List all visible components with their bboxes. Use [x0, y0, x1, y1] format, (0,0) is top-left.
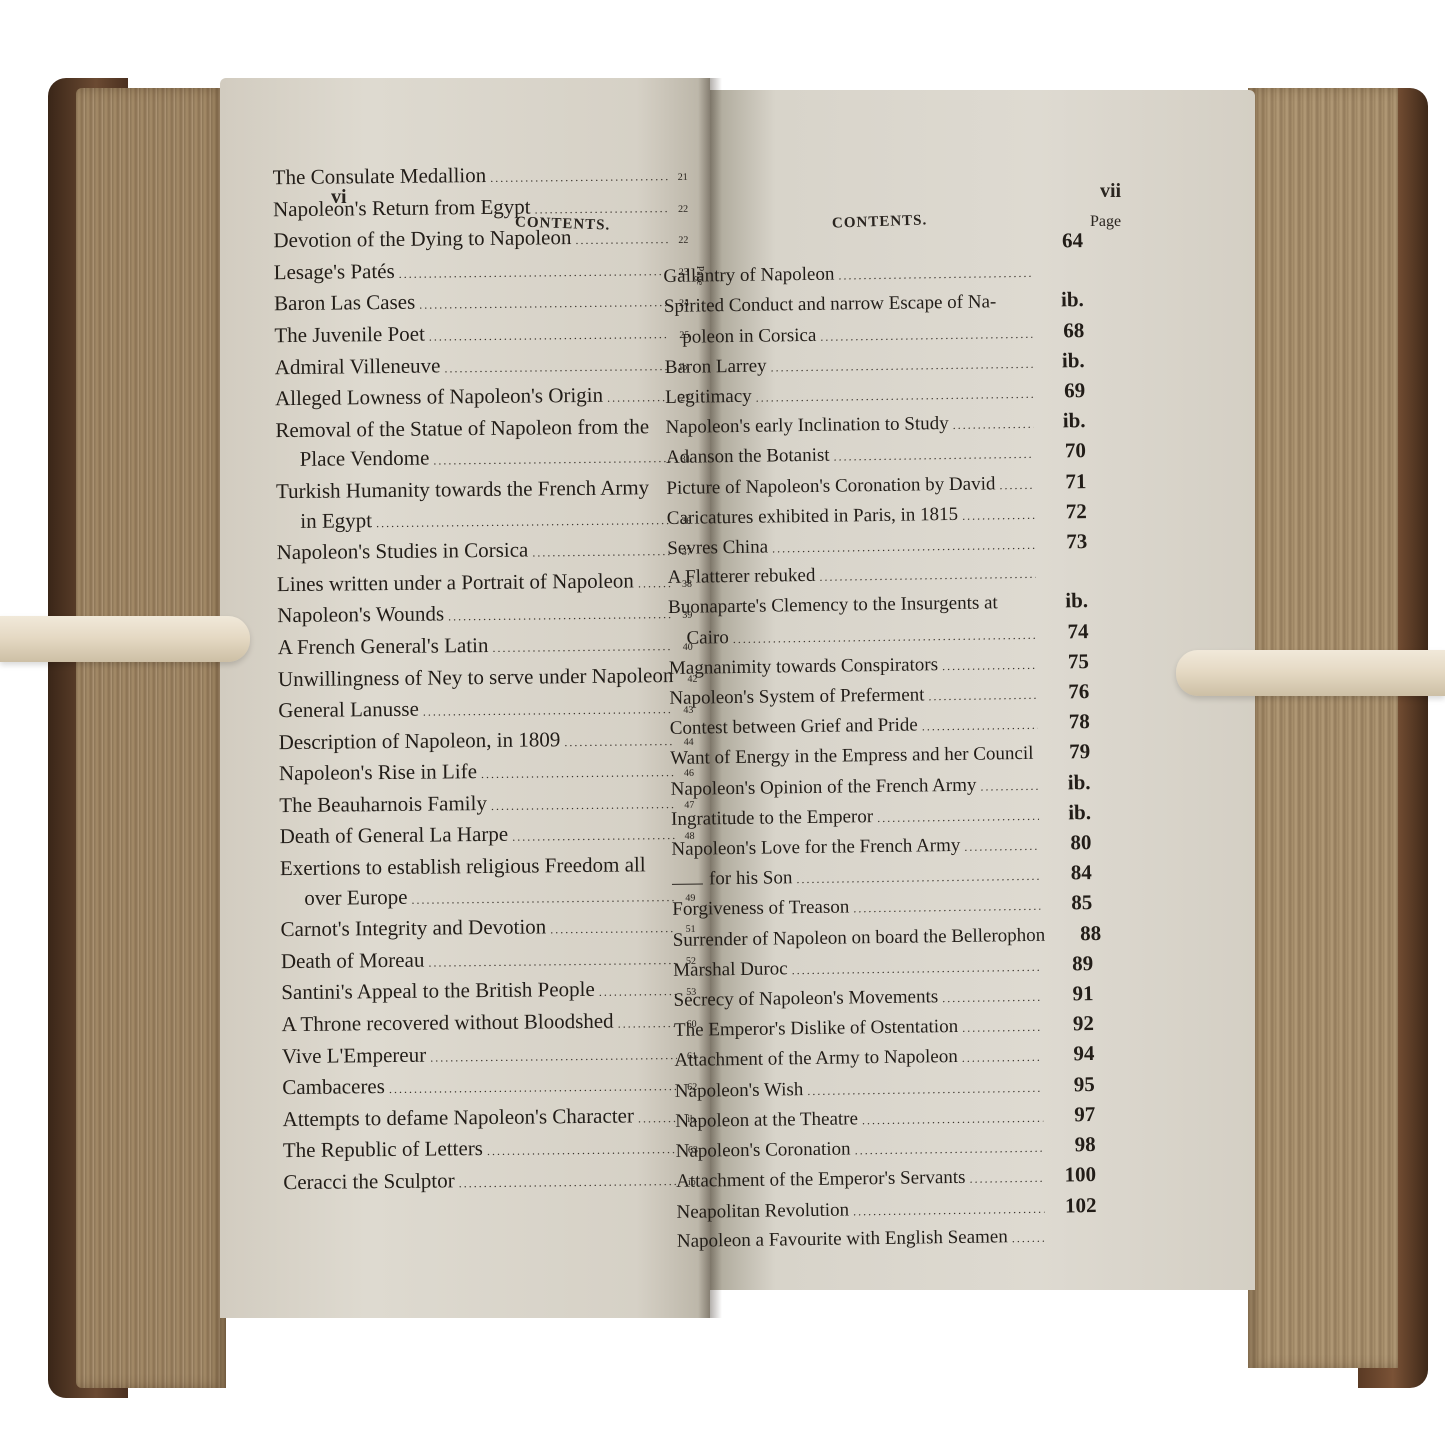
leader-dots [833, 441, 1034, 471]
toc-entry: Napoleon's Coronation98 [675, 1131, 1095, 1167]
toc-entry: Lesage's Patés23 [274, 255, 689, 291]
leader-dots [772, 532, 1036, 563]
leader-dots [922, 712, 1038, 741]
toc-entry: Adanson the Botanist70 [666, 438, 1086, 474]
toc-entry: Napoleon's Rise in Life46 [279, 756, 694, 792]
leader-dots [512, 822, 675, 850]
toc-entry: Forgiveness of Treason85 [672, 890, 1092, 926]
leader-dots [1012, 1224, 1046, 1252]
bookstand-peg-right [1176, 650, 1445, 696]
toc-entry: Napoleon a Favourite with English Seamen [677, 1222, 1097, 1257]
leader-dots [807, 1074, 1043, 1104]
toc-entry: The Emperor's Dislike of Ostentation92 [674, 1010, 1094, 1046]
leader-dots [862, 1105, 1044, 1135]
leader-dots [532, 538, 672, 566]
leader-dots [389, 1073, 678, 1103]
leader-dots [770, 351, 1033, 382]
toc-entry: Magnanimity towards Conspirators75 [669, 648, 1089, 684]
right-page-column-label: Page [1090, 213, 1121, 231]
toc-entry: A French General's Latin40 [278, 630, 693, 666]
leader-dots [952, 411, 1033, 439]
page-edges-left [76, 88, 226, 1388]
leader-dots [853, 893, 1040, 923]
leader-dots [733, 621, 1037, 652]
leader-dots [969, 1165, 1044, 1193]
toc-entry: Cambaceres62 [282, 1070, 697, 1106]
toc-entry: Santini's Appeal to the British People53 [281, 975, 696, 1011]
toc-entry: Napoleon's early Inclination to Studyib. [665, 407, 1085, 443]
leader-dots [638, 1105, 678, 1132]
toc-entry: Napoleon's System of Preferment76 [669, 678, 1089, 714]
right-folio: vii [1100, 180, 1121, 203]
toc-entry: Death of General La Harpe48 [279, 819, 694, 855]
leader-dots [820, 320, 1032, 350]
leader-dots [962, 1014, 1042, 1042]
leader-dots [838, 260, 1031, 290]
toc-entry: Exertions to establish religious Freedom… [280, 851, 695, 885]
leader-dots [487, 1136, 678, 1165]
leader-dots [928, 682, 1037, 711]
leader-dots [399, 258, 669, 287]
toc-entry: Ingratitude to the Emperorib. [671, 799, 1091, 835]
toc-entry: Napoleon's Wish95 [675, 1071, 1095, 1107]
leader-dots [791, 954, 1041, 985]
leader-dots [444, 353, 670, 382]
toc-entry: Secrecy of Napoleon's Movements91 [673, 980, 1093, 1016]
toc-entry: Alleged Lowness of Napoleon's Origin27 [275, 381, 690, 417]
toc-entry-continuation: poleon in Corsica68 [664, 317, 1084, 353]
leader-dots [448, 601, 672, 630]
toc-entry-continuation: Cairo74 [668, 618, 1088, 654]
toc-entry: Marshal Duroc89 [673, 950, 1093, 986]
leader-dots [853, 1195, 1045, 1225]
leader-dots [433, 445, 671, 474]
toc-entry: Turkish Humanity towards the French Army [276, 474, 691, 508]
leader-dots [854, 1135, 1043, 1165]
toc-entry: The Beauharnois Family47 [279, 788, 694, 824]
toc-entry: A Flatterer rebuked [667, 558, 1087, 593]
toc-entry: Legitimacy69 [665, 377, 1085, 413]
left-contents-list: The Consulate Medallion21 Napoleon's Ret… [273, 160, 699, 1201]
toc-entry: Devotion of the Dying to Napoleon22 [273, 223, 688, 259]
leader-dots [980, 772, 1039, 800]
toc-entry: Baron Larreyib. [665, 347, 1085, 383]
toc-entry: General Lanusse43 [278, 693, 693, 729]
toc-entry: A Throne recovered without Bloodshed60 [281, 1007, 696, 1043]
leader-dots [423, 696, 674, 725]
leader-dots [618, 1010, 677, 1037]
toc-entry: Neapolitan Revolution102 [676, 1192, 1096, 1228]
leader-dots [796, 863, 1040, 894]
toc-entry: Carnot's Integrity and Devotion51 [280, 912, 695, 948]
toc-entry: Baron Las Cases24 [274, 286, 689, 322]
leader-dots [411, 884, 675, 913]
leader-dots [819, 561, 1036, 591]
toc-entry: Gallantry of Napoleon [663, 257, 1083, 292]
toc-entry: Contest between Grief and Pride78 [670, 708, 1090, 744]
toc-entry: Sevres China73 [667, 528, 1087, 564]
leader-dots [877, 803, 1039, 832]
leader-dots [564, 728, 674, 756]
leader-dots [550, 915, 676, 943]
toc-entry: Caricatures exhibited in Paris, in 18157… [667, 498, 1087, 534]
leader-dots [429, 321, 670, 350]
toc-entry: Napoleon's Love for the French Army80 [671, 829, 1091, 865]
toc-entry: Description of Napoleon, in 180944 [278, 725, 693, 761]
ditto-rule [672, 884, 703, 885]
leader-dots [459, 1168, 679, 1197]
toc-entry: Ceracci the Sculptorib. [283, 1165, 698, 1201]
right-contents-list: 64 Gallantry of Napoleon Spirited Conduc… [663, 227, 1097, 1257]
leader-dots [964, 833, 1039, 861]
toc-entry: Attachment of the Emperor's Servants100 [676, 1161, 1096, 1197]
toc-entry: Attachment of the Army to Napoleon94 [674, 1041, 1094, 1077]
leader-dots [492, 633, 672, 661]
toc-entry: Lines written under a Portrait of Napole… [277, 567, 692, 603]
leader-dots [999, 471, 1034, 499]
toc-entry: Napoleon at the Theatre97 [675, 1101, 1095, 1137]
toc-entry: Vive L'Empereur61 [282, 1038, 697, 1074]
leader-dots [942, 652, 1037, 681]
toc-entry: Admiral Villeneuveib. [275, 349, 690, 385]
toc-entry: Picture of Napoleon's Coronation by Davi… [666, 468, 1086, 504]
leader-dots [419, 289, 669, 318]
toc-entry: The Juvenile Poet25 [274, 318, 689, 354]
toc-entry: Unwillingness of Ney to serve under Napo… [278, 661, 693, 697]
leader-dots [942, 984, 1042, 1013]
leader-dots [481, 759, 674, 788]
leader-dots [430, 1042, 677, 1071]
toc-entry: Napoleon's Opinion of the French Armyib. [670, 769, 1090, 805]
toc-entry-ditto: for his Son84 [672, 859, 1092, 895]
toc-entry: Napoleon's Return from Egypt22 [273, 191, 688, 227]
leader-dots [376, 507, 672, 537]
page-edges-right [1248, 88, 1398, 1368]
leader-dots [428, 947, 676, 976]
bookstand-peg-left [0, 616, 250, 662]
toc-entry: Removal of the Statue of Napoleon from t… [275, 413, 690, 447]
toc-entry-continuation: in Egypt36 [276, 503, 691, 539]
leader-dots [490, 163, 668, 191]
toc-entry-continuation: Place Vendome31 [276, 442, 691, 478]
toc-entry: Napoleon's Studies in Corsica37 [277, 535, 692, 571]
leader-dots [607, 384, 670, 411]
toc-entry: Napoleon's Wounds39 [277, 598, 692, 634]
leader-dots [962, 502, 1035, 530]
leader-dots [534, 195, 668, 223]
toc-entry-continuation: over Europe49 [280, 880, 695, 916]
leader-dots [575, 226, 668, 254]
leader-dots [599, 978, 677, 1005]
leader-dots [491, 791, 675, 820]
toc-entry: Death of Moreau52 [281, 944, 696, 980]
leader-dots [962, 1044, 1043, 1072]
leader-dots [756, 381, 1034, 412]
toc-entry: The Consulate Medallion21 [273, 160, 688, 196]
toc-entry: The Republic of Letters63 [283, 1133, 698, 1169]
toc-entry: Attempts to defame Napoleon's Characteri… [282, 1102, 697, 1138]
